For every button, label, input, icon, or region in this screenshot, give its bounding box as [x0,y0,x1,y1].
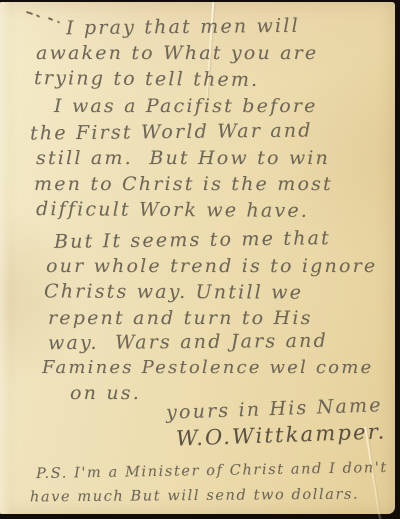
letter-paper: I pray that men will awaken to What you … [0,2,395,514]
postscript-line: have much But will send two dollars. [30,488,359,505]
handwriting-line: repent and turn to His [48,309,313,328]
postscript-line: P.S. I'm a Minister of Christ and I don'… [36,461,388,482]
handwriting-line: I was a Pacifist before [54,97,318,116]
handwriting-line: on us. [70,384,141,403]
handwriting-line: our whole trend is to ignore [46,257,377,276]
handwriting-line: Christs way. Untill we [44,282,303,302]
handwriting-line: But It seems to me that [54,229,331,252]
handwriting-line: Famines Pestolence wel come [42,359,373,377]
letter-scan: I pray that men will awaken to What you … [0,0,400,519]
pencil-mark [26,11,33,15]
handwriting-line: difficult Work we have. [36,200,309,221]
handwriting-line: men to Christ is the most [34,175,333,194]
pencil-mark [48,17,53,21]
closing-line: yours in His Name [166,396,383,423]
handwriting-line: trying to tell them. [34,69,259,90]
paper-edge-highlight [0,2,11,514]
handwriting-line: way. Wars and Jars and [48,332,328,353]
pencil-mark [36,14,40,18]
signature: W.O.Wittkamper. [176,421,387,449]
handwriting-line: the First World War and [30,122,313,144]
pencil-mark [57,20,61,23]
handwriting-line: I pray that men will [66,17,300,38]
handwriting-line: awaken to What you are [36,44,318,63]
handwriting-line: still am. But How to win [36,149,330,168]
